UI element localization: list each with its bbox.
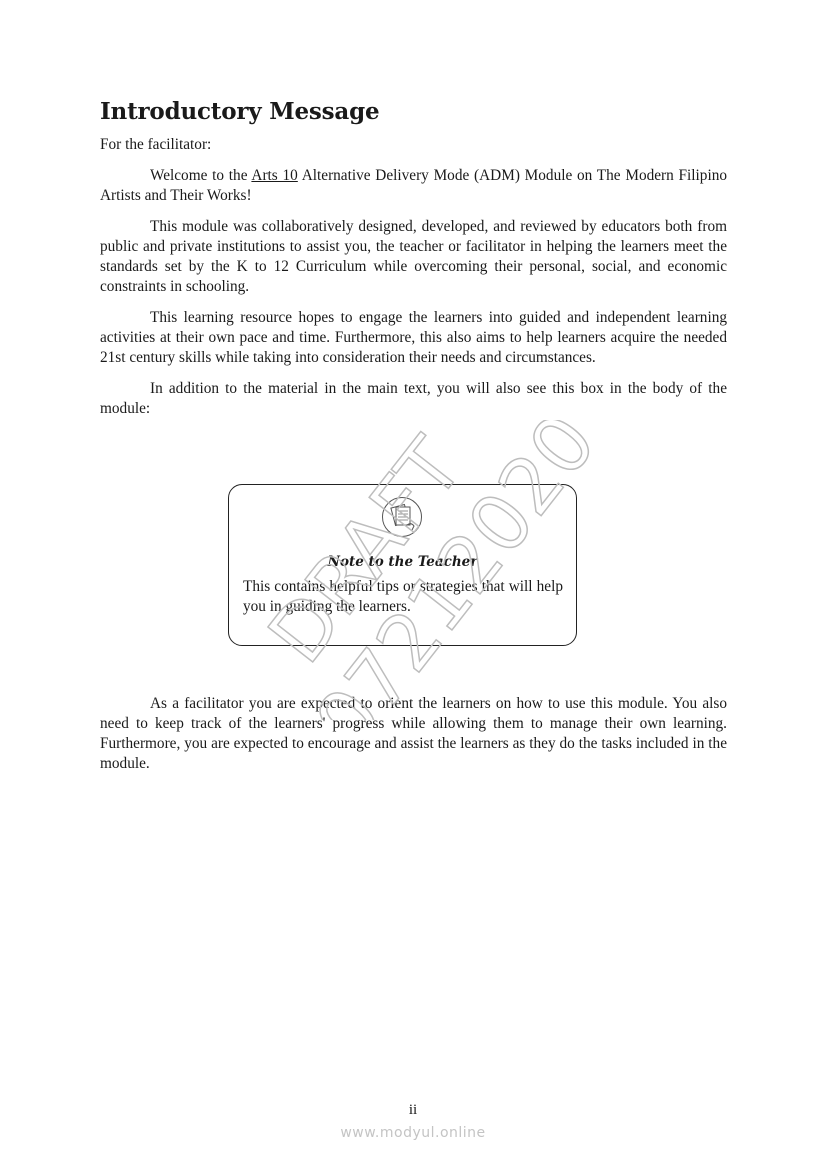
note-to-teacher-box: Note to the Teacher This contains helpfu…: [228, 484, 577, 646]
paragraph: This learning resource hopes to engage t…: [100, 308, 727, 368]
closing-section: As a facilitator you are expected to ori…: [100, 694, 727, 785]
welcome-paragraph: Welcome to the Arts 10 Alternative Deliv…: [100, 166, 727, 206]
website-footer: www.modyul.online: [0, 1125, 826, 1141]
paragraph: This module was collaboratively designed…: [100, 217, 727, 297]
salutation: For the facilitator:: [100, 135, 727, 155]
page-title: Introductory Message: [100, 98, 727, 125]
page-number: ii: [0, 1102, 826, 1119]
welcome-prefix: Welcome to the: [150, 167, 251, 184]
note-title: Note to the Teacher: [229, 554, 576, 570]
subject-name: Arts 10: [251, 167, 297, 184]
closing-paragraph: As a facilitator you are expected to ori…: [100, 694, 727, 774]
paragraph: In addition to the material in the main …: [100, 379, 727, 419]
note-text: This contains helpful tips or strategies…: [243, 577, 563, 617]
document-body: Introductory Message For the facilitator…: [100, 98, 727, 430]
hand-holding-papers-icon: [382, 497, 422, 537]
